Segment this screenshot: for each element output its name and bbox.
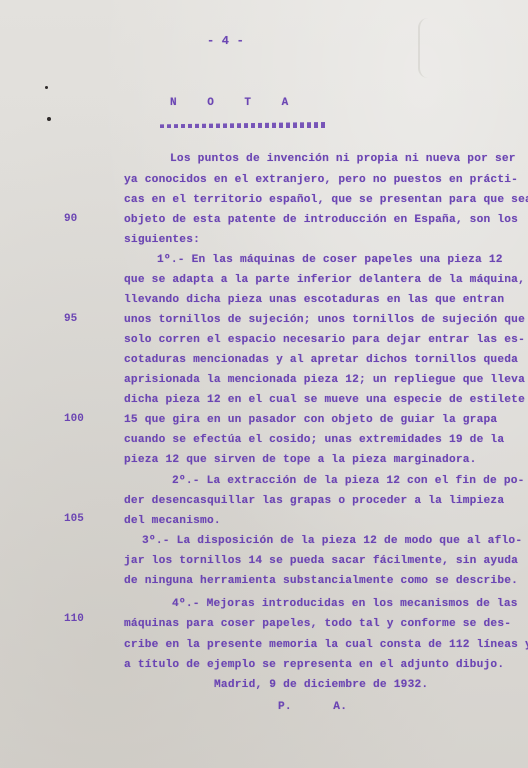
body-line: 15 que gira en un pasador con objeto de … [124,413,497,427]
body-line: llevando dicha pieza unas escotaduras en… [124,293,504,307]
body-line: 3º.- La disposición de la pieza 12 de mo… [142,534,522,548]
line-number-110: 110 [64,613,84,625]
page-number: - 4 - [207,34,244,48]
body-line: siguientes: [124,233,200,247]
body-line: aprisionada la mencionada pieza 12; un r… [124,373,525,387]
line-number-90: 90 [64,213,77,225]
body-line: ya conocidos en el extranjero, pero no p… [124,173,518,187]
body-line: objeto de esta patente de introducción e… [124,213,518,227]
body-line: cuando se efectúa el cosido; unas extrem… [124,433,504,447]
body-line: máquinas para coser papeles, todo tal y … [124,617,511,631]
body-line: a título de ejemplo se representa en el … [124,658,504,672]
punch-mark [45,86,48,89]
section-title: N O T A [170,97,288,109]
body-line: 2º.- La extracción de la pieza 12 con el… [172,474,525,488]
body-line: unos tornillos de sujeción; unos tornill… [124,313,525,327]
body-line: pieza 12 que sirven de tope a la pieza m… [124,453,477,467]
body-line: solo corren el espacio necesario para de… [124,333,525,347]
typewritten-page: - 4 - N O T A 90 95 100 105 110 Los punt… [0,0,528,768]
body-line: cotaduras mencionadas y al apretar dicho… [124,353,518,367]
body-line: Los puntos de invención ni propia ni nue… [170,152,516,166]
signature: P. A. [278,700,347,714]
paper-watermark [418,18,460,78]
body-line: dicha pieza 12 en el cual se mueve una e… [124,393,525,407]
body-line: cas en el territorio español, que se pre… [124,193,528,207]
punch-mark [47,117,51,121]
body-line: que se adapta a la parte inferior delant… [124,273,525,287]
line-number-95: 95 [64,313,77,325]
body-line: der desencasquillar las grapas o procede… [124,494,504,508]
title-underline [160,122,325,128]
line-number-105: 105 [64,513,84,525]
line-number-100: 100 [64,413,84,425]
body-line: 4º.- Mejoras introducidas en los mecanis… [172,597,518,611]
body-line: 1º.- En las máquinas de coser papeles un… [157,253,503,267]
body-line: cribe en la presente memoria la cual con… [124,638,528,652]
place-date: Madrid, 9 de diciembre de 1932. [214,678,428,692]
body-line: del mecanismo. [124,514,221,528]
body-line: de ninguna herramienta substancialmente … [124,574,518,588]
body-line: jar los tornillos 14 se pueda sacar fáci… [124,554,518,568]
